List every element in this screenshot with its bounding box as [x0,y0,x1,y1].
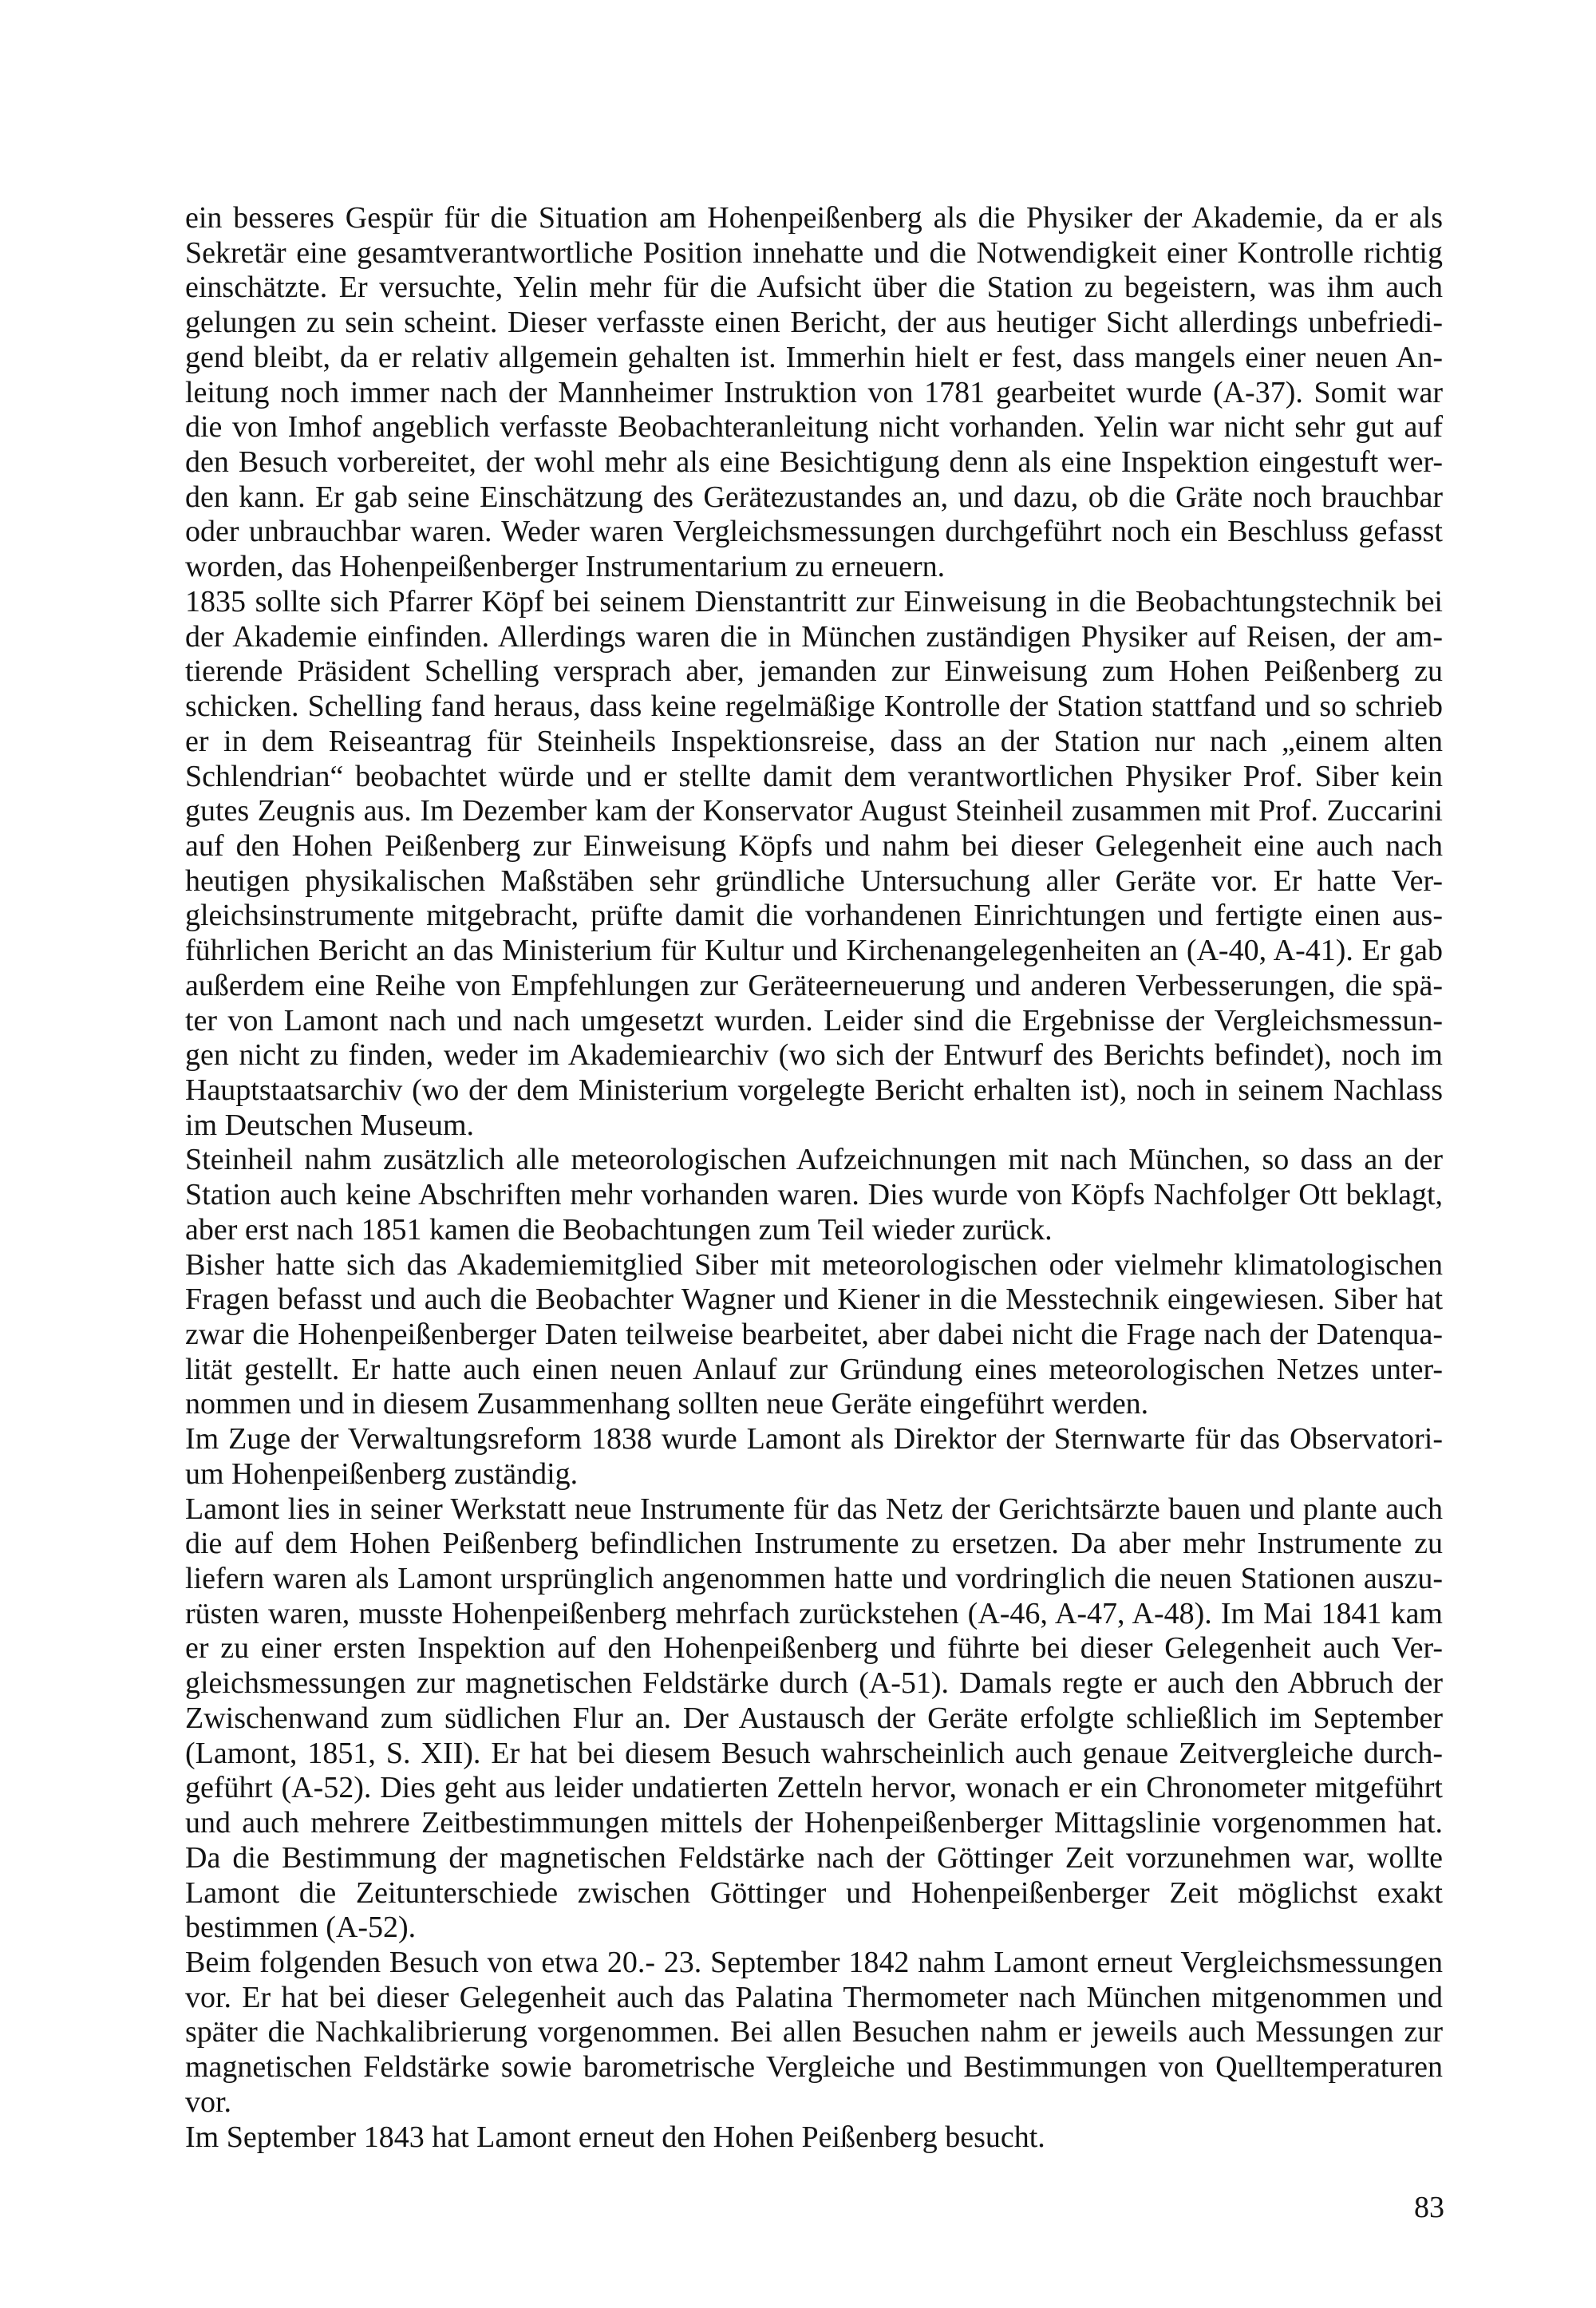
text-line: lität gestellt. Er hatte auch einen neue… [185,1353,1443,1388]
text-line: Beim folgenden Besuch von etwa 20.- 23. … [185,1946,1443,1981]
paragraph: Beim folgenden Besuch von etwa 20.- 23. … [185,1946,1443,2120]
text-line: Lamont lies in seiner Werkstatt neue Ins… [185,1492,1443,1527]
text-line: die auf dem Hohen Peißenberg befindliche… [185,1527,1443,1562]
text-line: nommen und in diesem Zusammenhang sollte… [185,1387,1443,1422]
text-line: Schlendrian“ beobachtet würde und er ste… [185,760,1443,795]
text-line: der Akademie einfinden. Allerdings waren… [185,620,1443,655]
text-line: rüsten waren, musste Hohenpeißenberg meh… [185,1597,1443,1632]
text-line: Steinheil nahm zusätzlich alle meteorolo… [185,1143,1443,1178]
text-line: leitung noch immer nach der Mannheimer I… [185,376,1443,411]
text-line: die von Imhof angeblich verfasste Beobac… [185,410,1443,445]
paragraph: ein besseres Gespür für die Situation am… [185,201,1443,585]
text-line: 1835 sollte sich Pfarrer Köpf bei seinem… [185,585,1443,620]
text-line: führlichen Bericht an das Ministerium fü… [185,934,1443,969]
text-line: Station auch keine Abschriften mehr vorh… [185,1178,1443,1213]
text-line: vor. Er hat bei dieser Gelegenheit auch … [185,1981,1443,2016]
text-line: liefern waren als Lamont ursprünglich an… [185,1562,1443,1597]
text-line: ter von Lamont nach und nach umgesetzt w… [185,1004,1443,1039]
text-line: geführt (A-52). Dies geht aus leider und… [185,1771,1443,1806]
text-line: später die Nachkalibrierung vorgenommen.… [185,2015,1443,2050]
page-number: 83 [1414,2191,1444,2226]
text-line: Im Zuge der Verwaltungsreform 1838 wurde… [185,1422,1443,1457]
text-line: Sekretär eine gesamtverantwortliche Posi… [185,236,1443,271]
paragraph: Lamont lies in seiner Werkstatt neue Ins… [185,1492,1443,1946]
text-line: Da die Bestimmung der magnetischen Felds… [185,1841,1443,1876]
text-line: Zwischenwand zum südlichen Flur an. Der … [185,1701,1443,1737]
text-line: bestimmen (A-52). [185,1911,1443,1946]
text-line: worden, das Hohenpeißenberger Instrument… [185,550,1443,585]
text-line: gen nicht zu finden, weder im Akademiear… [185,1038,1443,1073]
text-line: um Hohenpeißenberg zuständig. [185,1457,1443,1492]
text-line: oder unbrauchbar waren. Weder waren Verg… [185,515,1443,550]
text-line: den Besuch vorbereitet, der wohl mehr al… [185,445,1443,480]
paragraph: 1835 sollte sich Pfarrer Köpf bei seinem… [185,585,1443,1144]
text-line: schicken. Schelling fand heraus, dass ke… [185,690,1443,725]
text-line: und auch mehrere Zeitbestimmungen mittel… [185,1806,1443,1841]
text-line: gelungen zu sein scheint. Dieser verfass… [185,306,1443,341]
document-page: ein besseres Gespür für die Situation am… [0,0,1596,2308]
paragraph: Bisher hatte sich das Akademiemitglied S… [185,1248,1443,1423]
paragraph: Im Zuge der Verwaltungsreform 1838 wurde… [185,1422,1443,1492]
text-line: Fragen befasst und auch die Beobachter W… [185,1282,1443,1318]
text-line: (Lamont, 1851, S. XII). Er hat bei diese… [185,1737,1443,1772]
text-line: gutes Zeugnis aus. Im Dezember kam der K… [185,794,1443,829]
text-line: Im September 1843 hat Lamont erneut den … [185,2120,1443,2156]
paragraph: Steinheil nahm zusätzlich alle meteorolo… [185,1143,1443,1247]
text-line: auf den Hohen Peißenberg zur Einweisung … [185,829,1443,864]
text-line: magnetischen Feldstärke sowie barometris… [185,2050,1443,2085]
text-line: gend bleibt, da er relativ allgemein geh… [185,341,1443,376]
text-line: er zu einer ersten Inspektion auf den Ho… [185,1631,1443,1666]
text-line: Bisher hatte sich das Akademiemitglied S… [185,1248,1443,1283]
body-text: ein besseres Gespür für die Situation am… [185,201,1443,2155]
text-line: im Deutschen Museum. [185,1109,1443,1144]
text-line: tierende Präsident Schelling versprach a… [185,654,1443,690]
text-line: ein besseres Gespür für die Situation am… [185,201,1443,236]
text-line: zwar die Hohenpeißenberger Daten teilwei… [185,1318,1443,1353]
text-line: gleichsmessungen zur magnetischen Feldst… [185,1666,1443,1701]
text-line: außerdem eine Reihe von Empfehlungen zur… [185,969,1443,1004]
text-line: vor. [185,2085,1443,2120]
text-line: aber erst nach 1851 kamen die Beobachtun… [185,1213,1443,1248]
text-line: Hauptstaatsarchiv (wo der dem Ministeriu… [185,1073,1443,1109]
text-line: den kann. Er gab seine Einschätzung des … [185,480,1443,516]
paragraph: Im September 1843 hat Lamont erneut den … [185,2120,1443,2156]
text-line: Lamont die Zeitunterschiede zwischen Göt… [185,1876,1443,1911]
text-line: er in dem Reiseantrag für Steinheils Ins… [185,725,1443,760]
text-line: heutigen physikalischen Maßstäben sehr g… [185,864,1443,899]
text-line: gleichsinstrumente mitgebracht, prüfte d… [185,899,1443,934]
text-line: einschätzte. Er versuchte, Yelin mehr fü… [185,271,1443,306]
